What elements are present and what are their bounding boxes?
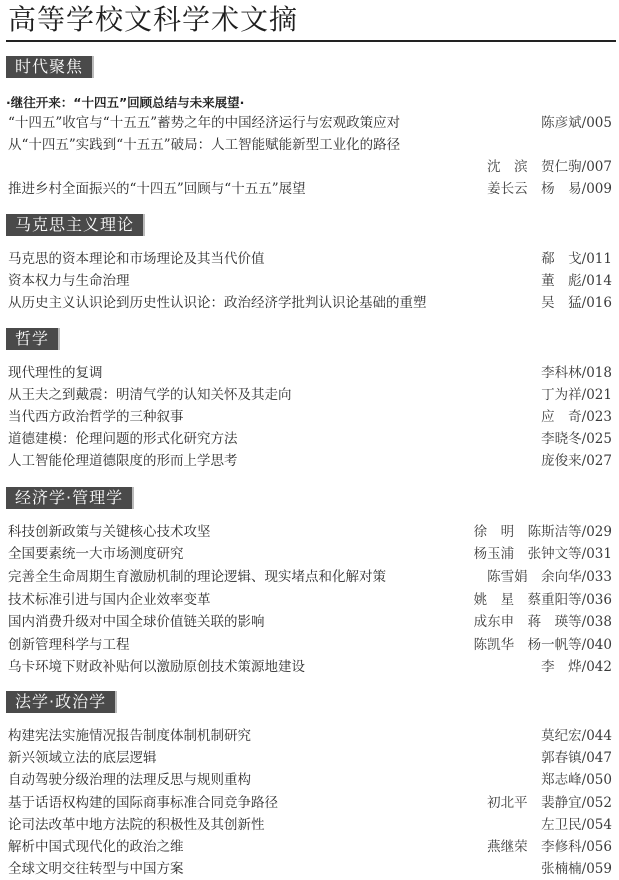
article-title: 从王夫之到戴震：明清气学的认知关怀及其走向 <box>8 384 292 406</box>
section-header-focus: 时代聚焦 <box>6 56 94 78</box>
toc-entry[interactable]: 资本权力与生命治理 董 彪/014 <box>8 270 612 292</box>
article-title: 基于话语权构建的国际商事标准合同竞争路径 <box>8 792 278 814</box>
article-authors-page: 郗 戈/011 <box>541 248 612 270</box>
article-authors-page: 董 彪/014 <box>541 270 612 292</box>
article-title: 国内消费升级对中国全球价值链关联的影响 <box>8 611 265 633</box>
toc-entry[interactable]: 国内消费升级对中国全球价值链关联的影响 成东申 蒋 瑛等/038 <box>8 611 612 633</box>
toc-entry[interactable]: 论司法改革中地方法院的积极性及其创新性 左卫民/054 <box>8 814 612 836</box>
article-authors-page: 李晓冬/025 <box>541 428 612 450</box>
article-title: 科技创新政策与关键核心技术攻坚 <box>8 521 211 543</box>
article-title: “十四五”收官与“十五五”蓄势之年的中国经济运行与宏观政策应对 <box>8 112 400 134</box>
toc-entry[interactable]: 推进乡村全面振兴的“十四五”回顾与“十五五”展望 姜长云 杨 易/009 <box>8 178 612 200</box>
toc-entry[interactable]: 新兴领域立法的底层逻辑 郭春镇/047 <box>8 747 612 769</box>
article-authors-page: 初北平 裴静宜/052 <box>487 792 612 814</box>
article-title: 创新管理科学与工程 <box>8 634 130 656</box>
toc-entry[interactable]: 现代理性的复调 李科林/018 <box>8 362 612 384</box>
article-title: 解析中国式现代化的政治之维 <box>8 836 184 858</box>
toc-entry[interactable]: 基于话语权构建的国际商事标准合同竞争路径 初北平 裴静宜/052 <box>8 792 612 814</box>
article-title: 完善全生命周期生育激励机制的理论逻辑、现实堵点和化解对策 <box>8 566 386 588</box>
section-header-economics-management: 经济学·管理学 <box>6 487 134 509</box>
toc-entry[interactable]: 马克思的资本理论和市场理论及其当代价值 郗 戈/011 <box>8 248 612 270</box>
article-title: 资本权力与生命治理 <box>8 270 130 292</box>
article-authors-page: 左卫民/054 <box>541 814 612 836</box>
article-title: 从“十四五”实践到“十五五”破局：人工智能赋能新型工业化的路径 <box>8 134 400 156</box>
toc-entry-continuation[interactable]: 沈 滨 贺仁驹/007 <box>8 156 612 178</box>
article-authors-page: 姚 星 蔡重阳等/036 <box>474 589 612 611</box>
toc-entry[interactable]: 人工智能伦理道德限度的形而上学思考 庞俊来/027 <box>8 450 612 472</box>
toc-entry[interactable]: 科技创新政策与关键核心技术攻坚 徐 明 陈斯洁等/029 <box>8 521 612 543</box>
article-authors-page: 李科林/018 <box>541 362 612 384</box>
toc-entry[interactable]: 道德建模：伦理问题的形式化研究方法 李晓冬/025 <box>8 428 612 450</box>
article-authors-page: 燕继荣 李修科/056 <box>487 836 612 858</box>
toc-entry[interactable]: 乌卡环境下财政补贴何以激励原创技术策源地建设 李 烨/042 <box>8 656 612 678</box>
article-authors-page: 姜长云 杨 易/009 <box>487 178 612 200</box>
article-title: 论司法改革中地方法院的积极性及其创新性 <box>8 814 265 836</box>
article-authors-page: 应 奇/023 <box>541 406 612 428</box>
toc-entry[interactable]: 当代西方政治哲学的三种叙事 应 奇/023 <box>8 406 612 428</box>
toc-entry[interactable]: 全国要素统一大市场测度研究 杨玉浦 张钟文等/031 <box>8 543 612 565</box>
article-authors-page: 杨玉浦 张钟文等/031 <box>474 543 612 565</box>
article-title: 新兴领域立法的底层逻辑 <box>8 747 157 769</box>
article-authors-page: 陈凯华 杨一帆等/040 <box>474 634 612 656</box>
toc-entry[interactable]: 自动驾驶分级治理的法理反思与规则重构 郑志峰/050 <box>8 769 612 791</box>
article-title: 全球文明交往转型与中国方案 <box>8 858 184 880</box>
article-authors-page: 成东申 蒋 瑛等/038 <box>474 611 612 633</box>
article-title: 马克思的资本理论和市场理论及其当代价值 <box>8 248 265 270</box>
article-authors-page: 徐 明 陈斯洁等/029 <box>474 521 612 543</box>
article-title: 道德建模：伦理问题的形式化研究方法 <box>8 428 238 450</box>
toc-entry[interactable]: 构建宪法实施情况报告制度体制机制研究 莫纪宏/044 <box>8 725 612 747</box>
article-authors-page: 庞俊来/027 <box>541 450 612 472</box>
toc-entry[interactable]: 解析中国式现代化的政治之维 燕继荣 李修科/056 <box>8 836 612 858</box>
section-header-law-politics: 法学·政治学 <box>6 691 117 713</box>
article-title: 推进乡村全面振兴的“十四五”回顾与“十五五”展望 <box>8 178 306 200</box>
article-authors-page: 郑志峰/050 <box>541 769 612 791</box>
article-authors-page: 郭春镇/047 <box>541 747 612 769</box>
article-authors-page: 陈雪娟 余向华/033 <box>487 566 612 588</box>
article-title: 自动驾驶分级治理的法理反思与规则重构 <box>8 769 251 791</box>
article-title: 构建宪法实施情况报告制度体制机制研究 <box>8 725 251 747</box>
article-title: 现代理性的复调 <box>8 362 103 384</box>
article-authors-page: 沈 滨 贺仁驹/007 <box>487 156 612 178</box>
article-title: 人工智能伦理道德限度的形而上学思考 <box>8 450 238 472</box>
article-title: 乌卡环境下财政补贴何以激励原创技术策源地建设 <box>8 656 305 678</box>
toc-entry[interactable]: “十四五”收官与“十五五”蓄势之年的中国经济运行与宏观政策应对 陈彦斌/005 <box>8 112 612 134</box>
toc-entry[interactable]: 创新管理科学与工程 陈凯华 杨一帆等/040 <box>8 634 612 656</box>
journal-title: 高等学校文科学术文摘 <box>8 4 298 36</box>
article-authors-page: 丁为祥/021 <box>541 384 612 406</box>
article-authors-page: 李 烨/042 <box>541 656 612 678</box>
title-divider <box>6 40 616 42</box>
section-header-philosophy: 哲学 <box>6 328 60 350</box>
article-title: 从历史主义认识论到历史性认识论：政治经济学批判认识论基础的重塑 <box>8 292 427 314</box>
table-of-contents-page: 高等学校文科学术文摘 时代聚焦 ·继往开来：“十四五”回顾总结与未来展望· “十… <box>0 0 619 880</box>
section-subheading: ·继往开来：“十四五”回顾总结与未来展望· <box>6 94 244 112</box>
article-authors-page: 莫纪宏/044 <box>541 725 612 747</box>
toc-entry[interactable]: 从历史主义认识论到历史性认识论：政治经济学批判认识论基础的重塑 吴 猛/016 <box>8 292 612 314</box>
toc-entry[interactable]: 技术标准引进与国内企业效率变革 姚 星 蔡重阳等/036 <box>8 589 612 611</box>
section-header-marxism: 马克思主义理论 <box>6 214 145 236</box>
article-authors-page: 陈彦斌/005 <box>541 112 612 134</box>
toc-entry[interactable]: 全球文明交往转型与中国方案 张楠楠/059 <box>8 858 612 880</box>
article-title: 全国要素统一大市场测度研究 <box>8 543 184 565</box>
toc-entry[interactable]: 完善全生命周期生育激励机制的理论逻辑、现实堵点和化解对策 陈雪娟 余向华/033 <box>8 566 612 588</box>
article-authors-page: 张楠楠/059 <box>541 858 612 880</box>
toc-entry[interactable]: 从“十四五”实践到“十五五”破局：人工智能赋能新型工业化的路径 <box>8 134 612 156</box>
article-authors-page: 吴 猛/016 <box>541 292 612 314</box>
toc-entry[interactable]: 从王夫之到戴震：明清气学的认知关怀及其走向 丁为祥/021 <box>8 384 612 406</box>
article-title: 技术标准引进与国内企业效率变革 <box>8 589 211 611</box>
article-title: 当代西方政治哲学的三种叙事 <box>8 406 184 428</box>
